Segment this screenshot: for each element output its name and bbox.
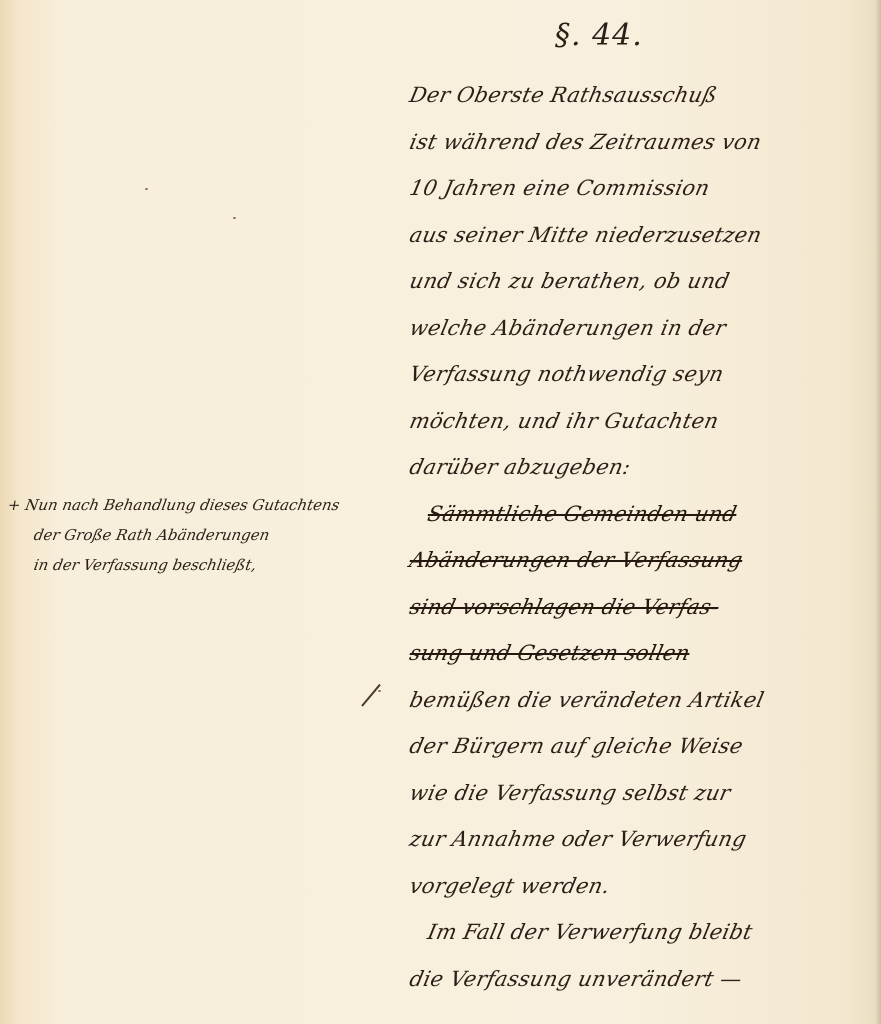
text-line: möchten, und ihr Gutachten	[405, 398, 875, 445]
struck-text-line: Sämmtliche Gemeinden und	[405, 491, 875, 538]
margin-line: der Große Rath Abänderungen	[5, 520, 380, 550]
text-line: vorgelegt werden.	[405, 863, 875, 910]
text-line: Der Oberste Rathsausschuß	[405, 72, 875, 119]
text-line: zur Annahme oder Verwerfung	[405, 816, 875, 863]
insertion-mark	[361, 684, 381, 707]
text-line: bemüßen die verändeten Artikel	[405, 677, 875, 724]
text-line: der Bürgern auf gleiche Weise	[405, 723, 875, 770]
margin-line: in der Verfassung beschließt,	[5, 550, 380, 580]
struck-text-line: sung und Gesetzen sollen	[405, 630, 875, 677]
margin-annotation: + Nun nach Behandlung dieses Gutachtens …	[8, 490, 378, 580]
paper-speck	[378, 690, 381, 692]
text-line: Verfassung nothwendig seyn	[405, 351, 875, 398]
struck-text-line: Abänderungen der Verfassung	[405, 537, 875, 584]
struck-text-line: sind vorschlagen die Verfas-	[405, 584, 875, 631]
main-text-block: Der Oberste Rathsausschuß ist während de…	[405, 72, 865, 1002]
paper-speck	[145, 188, 148, 190]
text-line: Im Fall der Verwerfung bleibt	[405, 909, 875, 956]
text-line: die Verfassung unverändert —	[405, 956, 875, 1003]
text-line: darüber abzugeben:	[405, 444, 875, 491]
text-line: und sich zu berathen, ob und	[405, 258, 875, 305]
section-heading: §. 44.	[555, 18, 643, 53]
text-line: ist während des Zeitraumes von	[405, 119, 875, 166]
text-line: wie die Verfassung selbst zur	[405, 770, 875, 817]
margin-line: + Nun nach Behandlung dieses Gutachtens	[5, 490, 380, 520]
manuscript-page: §. 44. Der Oberste Rathsausschuß ist wäh…	[0, 0, 881, 1024]
text-line: aus seiner Mitte niederzusetzen	[405, 212, 875, 259]
text-line: 10 Jahren eine Commission	[405, 165, 875, 212]
text-line: welche Abänderungen in der	[405, 305, 875, 352]
paper-speck	[233, 217, 236, 219]
